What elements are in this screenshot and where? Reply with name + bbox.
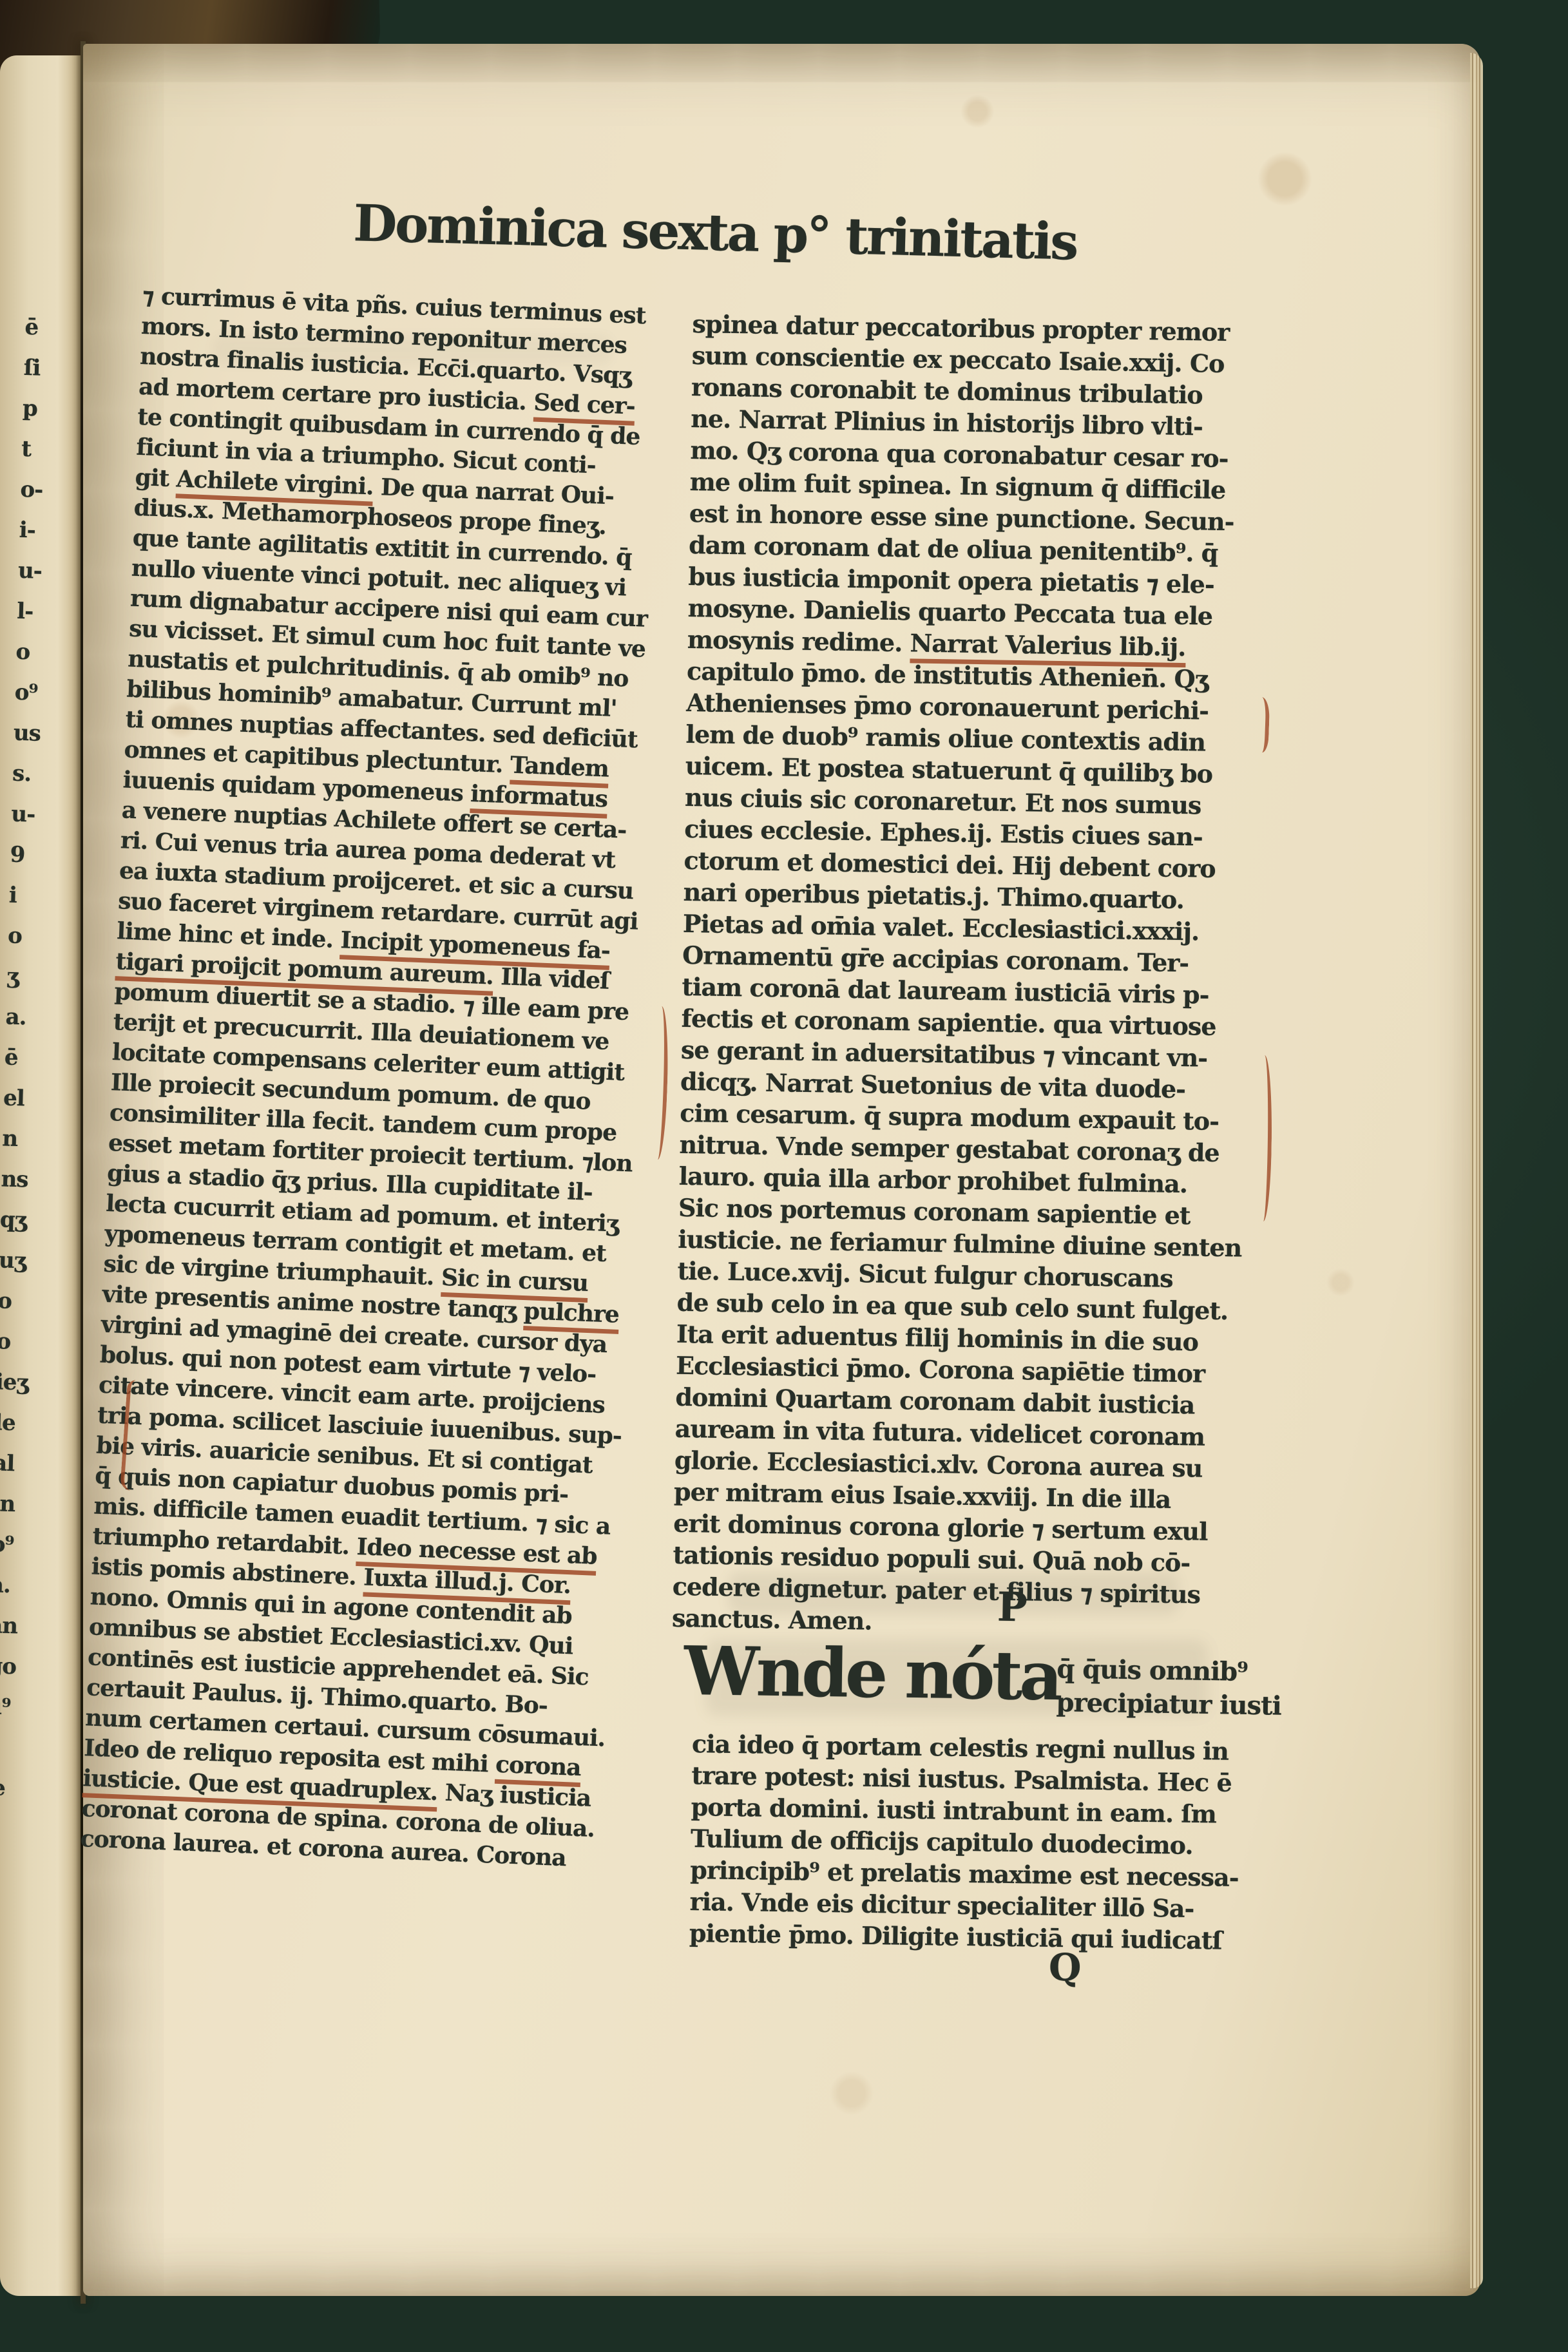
- section-body-text: cia ideo q̄ portam celestis regni nullus…: [689, 1728, 1241, 1956]
- cutoff-text-fragment: u-: [17, 551, 90, 593]
- cutoff-text-fragment: i-: [19, 510, 91, 553]
- cutoff-text-fragment: in: [0, 1484, 63, 1526]
- text-segment: pientie p̄mo. Diligite iusticiā qui iudi…: [689, 1918, 1222, 1955]
- text-line: precipiatur iusti: [1056, 1686, 1281, 1723]
- text-segment: q̄ q̄uis omnib⁹: [1056, 1654, 1248, 1687]
- previous-page-edge: ēſipto-i-u-l-oo⁹uss.u-9ioʒa.ēelnnsqʒuʒoo…: [0, 55, 82, 2296]
- text-segment: Tulium de officijs capitulo duodecimo.: [691, 1824, 1193, 1860]
- text-segment: sanctus. Amen.: [672, 1603, 872, 1636]
- cutoff-text-fragment: an: [0, 1605, 60, 1648]
- cutoff-text-fragment: o: [0, 1321, 68, 1364]
- cutoff-text-fragment: o⁹: [0, 1524, 62, 1567]
- text-line: q̄ q̄uis omnib⁹: [1056, 1652, 1282, 1689]
- cutoff-text-fragment: a.: [5, 997, 77, 1040]
- text-segment: git: [135, 464, 177, 493]
- catchword-letter: Q: [1049, 1946, 1082, 1989]
- page-edges-stack: [1470, 53, 1483, 2288]
- section-heading: Wnde nóta: [684, 1631, 1060, 1716]
- right-text-column: spinea datur peccatoribus propter remors…: [672, 308, 1272, 1643]
- text-segment: mosynis redime.: [687, 625, 910, 657]
- text-segment: ria. Vnde eis dicitur specialiter illō S…: [689, 1887, 1194, 1923]
- rubric-margin-hook: [1248, 696, 1270, 752]
- cutoff-text-fragment: al: [0, 1443, 64, 1486]
- cutoff-text-fragment: us: [13, 713, 85, 756]
- guide-letter-ornament: P: [997, 1583, 1028, 1631]
- cutoff-text-fragment: u-: [11, 794, 83, 837]
- cutoff-text-fragment: qʒ: [0, 1200, 72, 1242]
- text-segment: Naʒ iusticia: [437, 1779, 591, 1812]
- cutoff-text-fragment: le: [0, 1402, 66, 1445]
- cutoff-text-fragment: ʒ: [6, 957, 79, 999]
- cutoff-text-fragment: u⁹: [0, 1687, 58, 1729]
- cutoff-text-fragment: ns: [1, 1159, 73, 1201]
- scanned-book-photo: ēſipto-i-u-l-oo⁹uss.u-9ioʒa.ēelnnsqʒuʒoo…: [0, 0, 1568, 2352]
- text-segment: Illa videſ: [493, 963, 609, 995]
- text-segment: precipiatur iusti: [1056, 1687, 1281, 1721]
- cutoff-text-fragment: o: [7, 916, 79, 959]
- cutoff-text-fragment: s.: [12, 754, 84, 796]
- cutoff-text-fragment: o: [15, 632, 88, 674]
- cutoff-text-fragment: i: [8, 875, 81, 918]
- cutoff-text-fragment: ē: [4, 1037, 76, 1080]
- cutoff-text-fragment: 9: [0, 1727, 57, 1770]
- section-heading-side-text: q̄ q̄uis omnib⁹precipiatur iusti: [1056, 1652, 1282, 1723]
- cutoff-text-fragment: l-: [16, 591, 88, 634]
- cutoff-text-fragment: o: [0, 1281, 69, 1323]
- cutoff-text-fragment: go: [0, 1646, 59, 1688]
- cutoff-text-fragment: le: [0, 1768, 55, 1810]
- cutoff-text-fragment: ieʒ: [0, 1362, 67, 1404]
- cutoff-text-fragment: 9: [10, 835, 82, 877]
- cutoff-text-fragment: o⁹: [14, 673, 86, 715]
- cutoff-text-fragment: a.: [0, 1565, 61, 1607]
- cutoff-text-fragment: o: [0, 1808, 54, 1851]
- left-text-column: ⁊ currimus ē vita pñs. cuius terminus es…: [80, 281, 658, 1875]
- cutoff-text-fragment: el: [3, 1078, 75, 1120]
- cutoff-text-fragment: uʒ: [0, 1240, 70, 1283]
- cutoff-text-fragment: n: [2, 1118, 74, 1161]
